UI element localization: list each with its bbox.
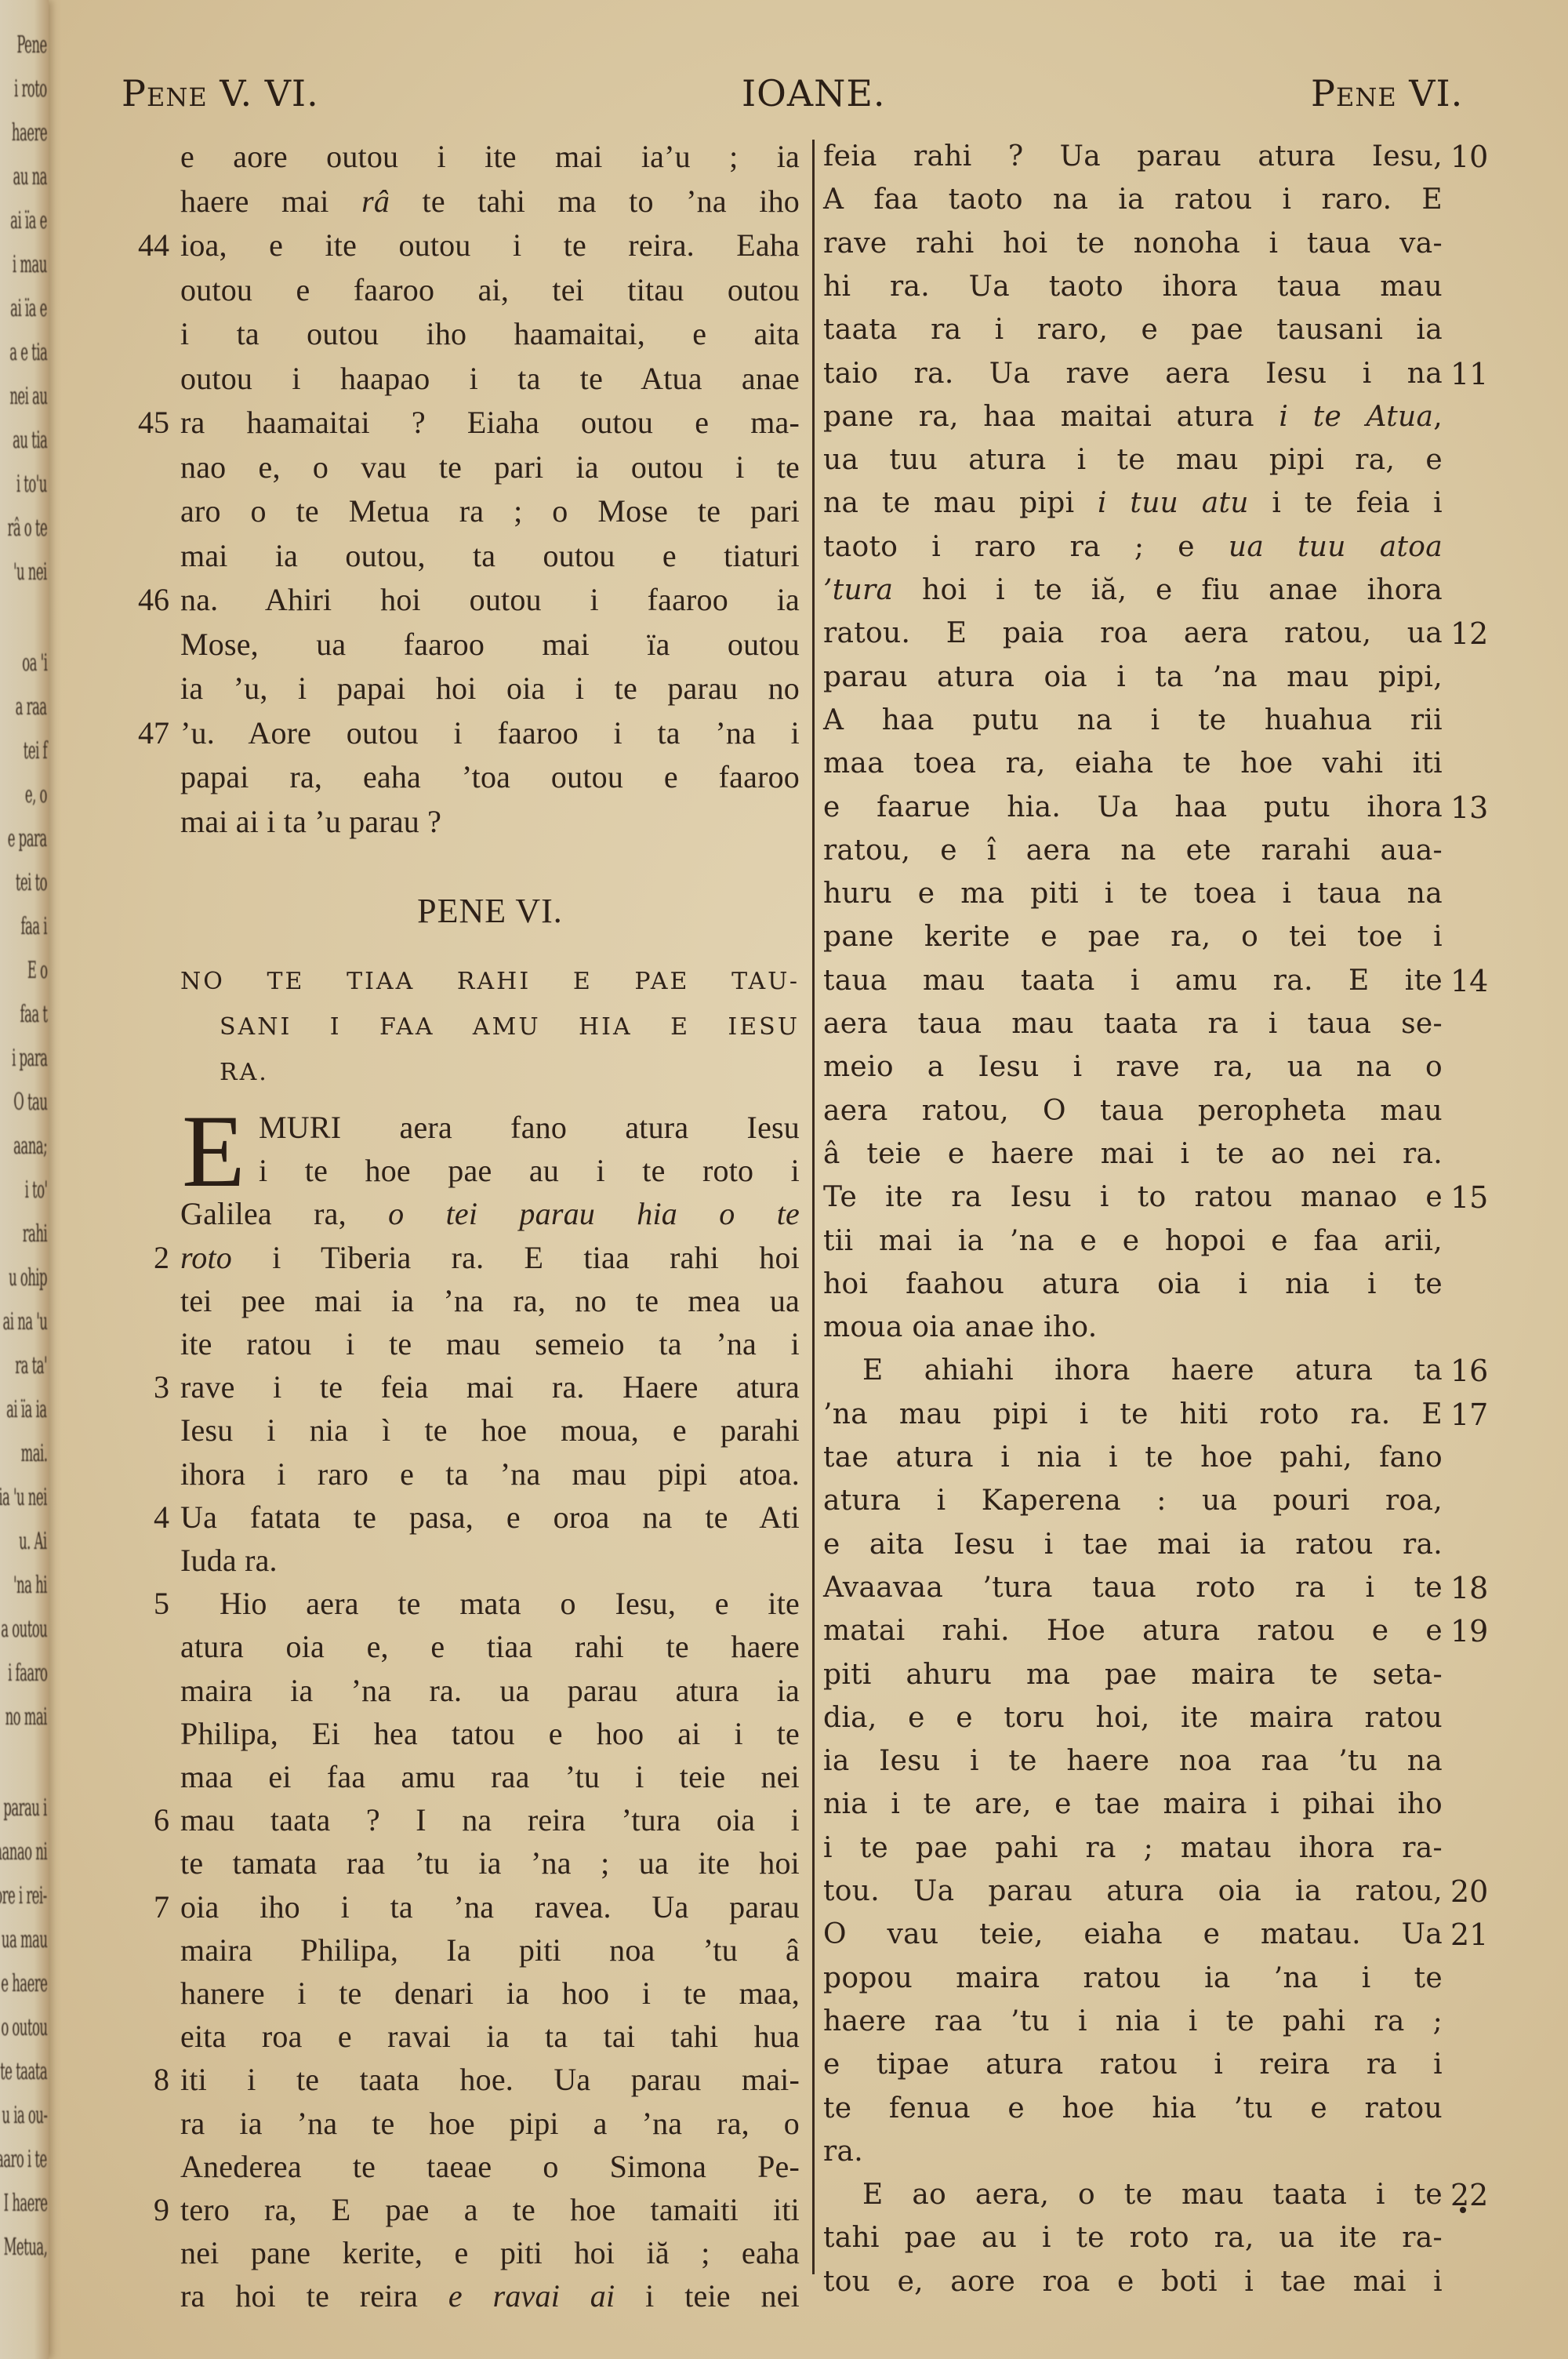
previous-page-text-fragment: a outou [1,1616,47,1643]
previous-page-text-fragment: ua mau [1,1926,47,1954]
verse-text-line: ’u. Aore outou i faaroo i ta ’na i [180,711,800,755]
verse-text-line: A haa putu na i te huahua rii [823,699,1443,743]
previous-page-text-fragment: no mai [5,1703,47,1731]
verse-number: 11 [1450,352,1488,396]
chapter-heading: PENE VI. [180,891,800,931]
verse-text-line: Hio aera te mata o Iesu, e ite [180,1582,800,1626]
verse-text-line: tou. Ua parau atura oia ia ratou, [823,1870,1443,1914]
verse-text-line: e aita Iesu i tae mai ia ratou ra. [823,1523,1443,1567]
verse-text-line: e tipae atura ratou i reira ra i [823,2043,1443,2087]
verse-text-line: pane kerite e pae ra, o tei toe i [823,915,1443,959]
previous-page-text-fragment: O tau [13,1089,47,1116]
column-divider-rule [812,140,815,2274]
verse-text-line: Iuda ra. [180,1539,800,1583]
verse-number: 6 [121,1798,169,1842]
verse-text-line: tero ra, E pae a te hoe tamaiti iti [180,2188,800,2232]
verse-text-line: maira Philipa, Ia piti noa ’tu â [180,1928,800,1972]
verse-number: 47 [121,711,169,755]
verse-number: 4 [121,1496,169,1539]
verse-text-line: E ahiahi ihora haere atura ta [823,1349,1443,1393]
verse-text-line: te tamata raa ’tu ia ’na ; ua ite hoi [180,1841,800,1885]
verse-number: 5 [121,1582,169,1626]
text-run: na te mau pipi [823,487,1098,519]
verse-number: 10 [1450,135,1488,179]
previous-page-text-fragment: 'u nei [13,558,47,586]
verse-text-line: taata ra i raro, e pae tausani ia [823,308,1443,352]
verse-text-line: piti ahuru ma pae maira te seta- [823,1653,1443,1697]
verse-number: 12 [1450,612,1488,656]
previous-page-text-fragment: ra ta' [15,1352,47,1379]
verse-text-line: Avaavaa ’tura taua roto ra i te [823,1566,1443,1610]
verse-text-line: ia ’u, i papai hoi oia i te parau no [180,667,800,711]
verse-text-line: Mose, ua faaroo mai ïa outou [180,623,800,667]
previous-page-text-fragment: e, o [25,781,47,809]
verse-text-line: ’na mau pipi i te hiti roto ra. E [823,1393,1443,1437]
verse-text-line: maa ei faa amu raa ’tu i teie nei [180,1755,800,1799]
verse-number: 7 [121,1885,169,1929]
verse-text-line: e aore outou i ite mai ia’u ; ia [180,135,800,179]
verse-number: 8 [121,2058,169,2102]
verse-text-line: tei pee mai ia ’na ra, no te mea ua [180,1279,800,1323]
italic-text: roto [180,1240,232,1275]
text-run: hoi i te iă, e fiu anae ihora [893,574,1443,606]
verse-text-line: mau taata ? I na reira ’tura oia i [180,1798,800,1842]
chapter-summary-line: RA. [180,1051,800,1095]
verse-text-line: ia Iesu i te haere noa raa ’tu na [823,1739,1443,1783]
verse-number: 2 [121,1236,169,1280]
verse-text-line: i ta outou iho haamaitai, e aita [180,312,800,356]
verse-text-line: feia rahi ? Ua parau atura Iesu, [823,135,1443,179]
previous-page-text-fragment: mai. [20,1440,47,1467]
previous-page-text-fragment: haere [12,119,47,147]
verse-text-line: dia, e e toru hoi, ite maira ratou [823,1696,1443,1740]
text-run: pane ra, haa maitai atura [823,401,1279,433]
previous-page-text-fragment: te taata [0,2058,47,2085]
previous-page-text-fragment: rahi [23,1220,47,1248]
running-head-left-smallcaps: ene [147,72,208,114]
verse-text-line: outou i haapao i ta te Atua anae [180,357,800,401]
verse-text-line: mai ai i ta ’u parau ? [180,800,800,844]
italic-text: i tuu atu [1098,487,1249,519]
text-run: te tahi ma to ’na iho [390,184,800,219]
verse-number: 9 [121,2188,169,2232]
previous-page-text-fragment: a e tia [9,339,47,366]
verse-number: 20 [1450,1870,1488,1914]
italic-text: o tei parau hia o te [388,1196,800,1231]
previous-page-text-fragment: aana; [13,1132,47,1160]
verse-text-line: rave i te feia mai ra. Haere atura [180,1365,800,1409]
italic-text: i te Atua [1279,401,1433,433]
previous-page-text-fragment: u ia ou- [2,2102,47,2129]
previous-page-text-fragment: faa i [20,913,47,940]
verse-text-line: tae atura i nia i te hoe pahi, fano [823,1436,1443,1480]
verse-text-line: ra haamaitai ? Eiaha outou e ma- [180,401,800,445]
verse-text-line: i te pae pahi ra ; matau ihora ra- [823,1826,1443,1870]
verse-text-line: ua tuu atura i te mau pipi ra, e [823,438,1443,482]
previous-page-text-fragment: 'na hi [13,1572,47,1599]
verse-text-line: Galilea ra, o tei parau hia o te [180,1192,800,1236]
verse-text-line: atura oia e, e tiaa rahi te haere [180,1625,800,1669]
verse-text-line: eita roa e ravai ia ta tai tahi hua [180,2015,800,2059]
previous-page-text-fragment: au tia [13,427,47,454]
previous-page-text-fragment: i faaro [8,1659,47,1687]
verse-text-line: ihora i raro e ta ’na mau pipi atoa. [180,1452,800,1496]
verse-number: 15 [1450,1176,1488,1219]
previous-page-text-fragment: tei f [24,737,47,765]
verse-number: 14 [1450,959,1488,1003]
verse-text-line: papai ra, eaha ’toa outou e faaroo [180,755,800,799]
text-run: , [1433,401,1443,433]
verse-text-line: atura i Kaperena : ua pouri roa, [823,1479,1443,1523]
verse-text-line: huru e ma piti i te toea i taua na [823,872,1443,916]
running-head-book-title: IOANE. [742,72,886,114]
verse-number: 21 [1450,1913,1488,1957]
previous-page-text-fragment: I haere [3,2190,47,2217]
previous-page-text-fragment: ia 'u nei [0,1484,47,1511]
previous-page-text-fragment: parau i [4,1794,47,1822]
previous-page-text-fragment: i to'u [16,471,47,498]
running-head-right: Pene VI. [1311,72,1463,114]
previous-page-text-fragment: faa t [20,1001,47,1028]
previous-page-text-fragment: o outou [1,2014,47,2041]
chapter-summary-line: NO TE TIAA RAHI E PAE TAU- [180,960,800,1004]
previous-page-text-fragment: ai ïa e [10,295,47,322]
stray-ink-dot [1460,2207,1466,2213]
text-run: i teie nei [615,2278,800,2314]
verse-text-line: hi ra. Ua taoto ihora taua mau [823,265,1443,309]
previous-page-text-fragment: ai ïa ia [7,1396,47,1423]
verse-text-line: aera ratou, O taua peropheta mau [823,1089,1443,1133]
previous-page-text-fragment: tei to [16,869,47,896]
verse-text-line: outou e faaroo ai, tei titau outou [180,268,800,312]
verse-number: 17 [1450,1393,1488,1437]
previous-page-text-fragment: ai ïa e [10,207,47,234]
previous-page-text-fragment: i roto [14,75,47,103]
verse-number: 16 [1450,1349,1488,1393]
verse-text-line: parau atura oia i ta ’na mau pipi, [823,656,1443,700]
verse-text-line: ratou. E paia roa aera ratou, ua [823,612,1443,656]
previous-page-text-fragment: râ o te [7,514,47,542]
text-run: haere mai [180,184,361,219]
verse-text-line: tahi pae au i te roto ra, ua ite ra- [823,2216,1443,2260]
verse-text-line: moua oia anae iho. [823,1306,1443,1350]
verse-text-line: mai ia outou, ta outou e tiaturi [180,534,800,578]
verse-text-line: ra hoi te reira e ravai ai i teie nei [180,2274,800,2318]
verse-text-line: i te hoe pae au i te roto i [180,1149,800,1193]
verse-text-line: â teie e haere mai i te ao nei ra. [823,1132,1443,1176]
verse-text-line: ’tura hoi i te iă, e fiu anae ihora [823,569,1443,612]
verse-text-line: ite ratou i te mau semeio ta ’na i [180,1322,800,1366]
italic-text: ’tura [823,574,893,606]
text-run: i te feia i [1249,487,1443,519]
verse-text-line: taua mau taata i amu ra. E ite [823,959,1443,1003]
verse-text-line: pane ra, haa maitai atura i te Atua, [823,395,1443,439]
verse-text-line: aera taua mau taata ra i taua se- [823,1002,1443,1046]
verse-number: 13 [1450,786,1488,830]
verse-text-line: hanere i te denari ia hoo i te maa, [180,1972,800,2016]
previous-page-text-fragment: au na [13,163,47,191]
previous-page-edge: Penei rotohaereau naai ïa ei mauai ïa ea… [0,0,49,2359]
previous-page-text-fragment: i mau [13,251,47,278]
verse-text-line: na te mau pipi i tuu atu i te feia i [823,482,1443,525]
verse-text-line: tii mai ia ’na e e hopoi e faa arii, [823,1219,1443,1263]
verse-text-line: matai rahi. Hoe atura ratou e e [823,1609,1443,1653]
previous-page-text-fragment: ore i rei- [0,1882,47,1910]
running-head-left-initial: P [122,72,147,114]
verse-text-line: Ua fatata te pasa, e oroa na te Ati [180,1496,800,1539]
verse-text-line: MURI aera fano atura Iesu [180,1106,800,1150]
verse-number: 18 [1450,1566,1488,1610]
previous-page-text-fragment: E o [27,957,47,984]
verse-text-line: nao e, o vau te pari ia outou i te [180,445,800,489]
verse-text-line: Iesu i nia ì te hoe moua, e parahi [180,1408,800,1452]
running-head-right-chapters: VI. [1397,72,1464,114]
running-head-left: Pene V. VI. [122,72,319,114]
italic-text: râ [361,184,390,219]
verse-text-line: na. Ahiri hoi outou i faaroo ia [180,578,800,622]
verse-text-line: ra. [823,2130,1443,2174]
verse-text-line: maa toea ra, eiaha te hoe vahi iti [823,742,1443,786]
previous-page-text-fragment: aaro i te [0,2146,47,2173]
verse-number: 3 [121,1365,169,1409]
verse-text-line: Te ite ra Iesu i to ratou manao e [823,1176,1443,1219]
verse-text-line: E ao aera, o te mau taata i te [823,2173,1443,2217]
running-head-right-smallcaps: ene [1336,72,1397,114]
running-head-left-chapters: V. VI. [208,72,319,114]
verse-text-line: O vau teie, eiaha e matau. Ua [823,1913,1443,1957]
text-run: ra hoi te reira [180,2278,448,2314]
verse-text-line: taio ra. Ua rave aera Iesu i na [823,352,1443,396]
previous-page-text-fragment: Pene [17,31,47,59]
verse-text-line: haere raa ’tu i nia i te pahi ra ; [823,2000,1443,2044]
previous-page-text-fragment: nei au [9,383,47,410]
previous-page-text-fragment: a raa [16,693,47,721]
previous-page-text-fragment: u. Ai [19,1528,47,1555]
italic-text: e ravai ai [448,2278,615,2314]
verse-text-line: Anederea te taeae o Simona Pe- [180,2145,800,2189]
verse-text-line: tou e, aore roa e boti i tae mai i [823,2260,1443,2304]
running-head-right-initial: P [1311,72,1336,114]
previous-page-text-fragment: i to' [24,1176,47,1204]
verse-text-line: popou maira ratou ia ’na i te [823,1957,1443,2001]
verse-text-line: A faa taoto na ia ratou i raro. E [823,178,1443,222]
verse-text-line: haere mai râ te tahi ma to ’na iho [180,180,800,224]
verse-text-line: meio a Iesu i rave ra, ua na o [823,1045,1443,1089]
verse-number: 46 [121,578,169,622]
previous-page-text-fragment: e para [8,825,47,852]
verse-text-line: rave rahi hoi te nonoha i taua va- [823,222,1443,266]
verse-text-line: roto i Tiberia ra. E tiaa rahi hoi [180,1236,800,1280]
verse-text-line: ratou, e î aera na ete rarahi aua- [823,829,1443,873]
text-run: i Tiberia ra. E tiaa rahi hoi [232,1240,800,1275]
verse-text-line: ioa, e ite outou i te reira. Eaha [180,224,800,267]
verse-text-line: oia iho i ta ’na ravea. Ua parau [180,1885,800,1929]
previous-page-text-fragment: oa 'i [22,649,47,677]
verse-text-line: taoto i raro ra ; e ua tuu atoa [823,525,1443,569]
verse-text-line: maira ia ’na ra. ua parau atura ia [180,1669,800,1713]
verse-text-line: aro o te Metua ra ; o Mose te pari [180,489,800,533]
previous-page-text-fragment: ai na 'u [2,1308,47,1336]
verse-text-line: te fenua e hoe hia ’tu e ratou [823,2087,1443,2131]
verse-text-line: e faarue hia. Ua haa putu ihora [823,786,1443,830]
italic-text: ua tuu atoa [1229,531,1443,563]
chapter-summary-line: SANI I FAA AMU HIA E IESU [180,1005,800,1049]
verse-text-line: Philipa, Ei hea tatou e hoo ai i te [180,1712,800,1756]
verse-text-line: nei pane kerite, e piti hoi iă ; eaha [180,2231,800,2275]
previous-page-text-fragment: i para [12,1045,47,1072]
verse-text-line: hoi faahou atura oia i nia i te [823,1263,1443,1307]
verse-number: 19 [1450,1609,1488,1653]
verse-number: 22 [1450,2173,1488,2217]
verse-text-line: nia i te are, e tae maira i pihai iho [823,1783,1443,1826]
previous-page-text-fragment: u ohip [9,1264,47,1292]
previous-page-text-fragment: manao ni [0,1838,47,1866]
verse-text-line: ra ia ’na te hoe pipi a ’na ra, o [180,2102,800,2146]
text-run: Galilea ra, [180,1196,388,1231]
verse-number: 45 [121,401,169,445]
verse-text-line: iti i te taata hoe. Ua parau mai- [180,2058,800,2102]
text-run: taoto i raro ra ; e [823,531,1229,563]
previous-page-text-fragment: e haere [1,1970,47,1997]
previous-page-text-fragment: Metua, [3,2234,47,2261]
verse-number: 44 [121,224,169,267]
